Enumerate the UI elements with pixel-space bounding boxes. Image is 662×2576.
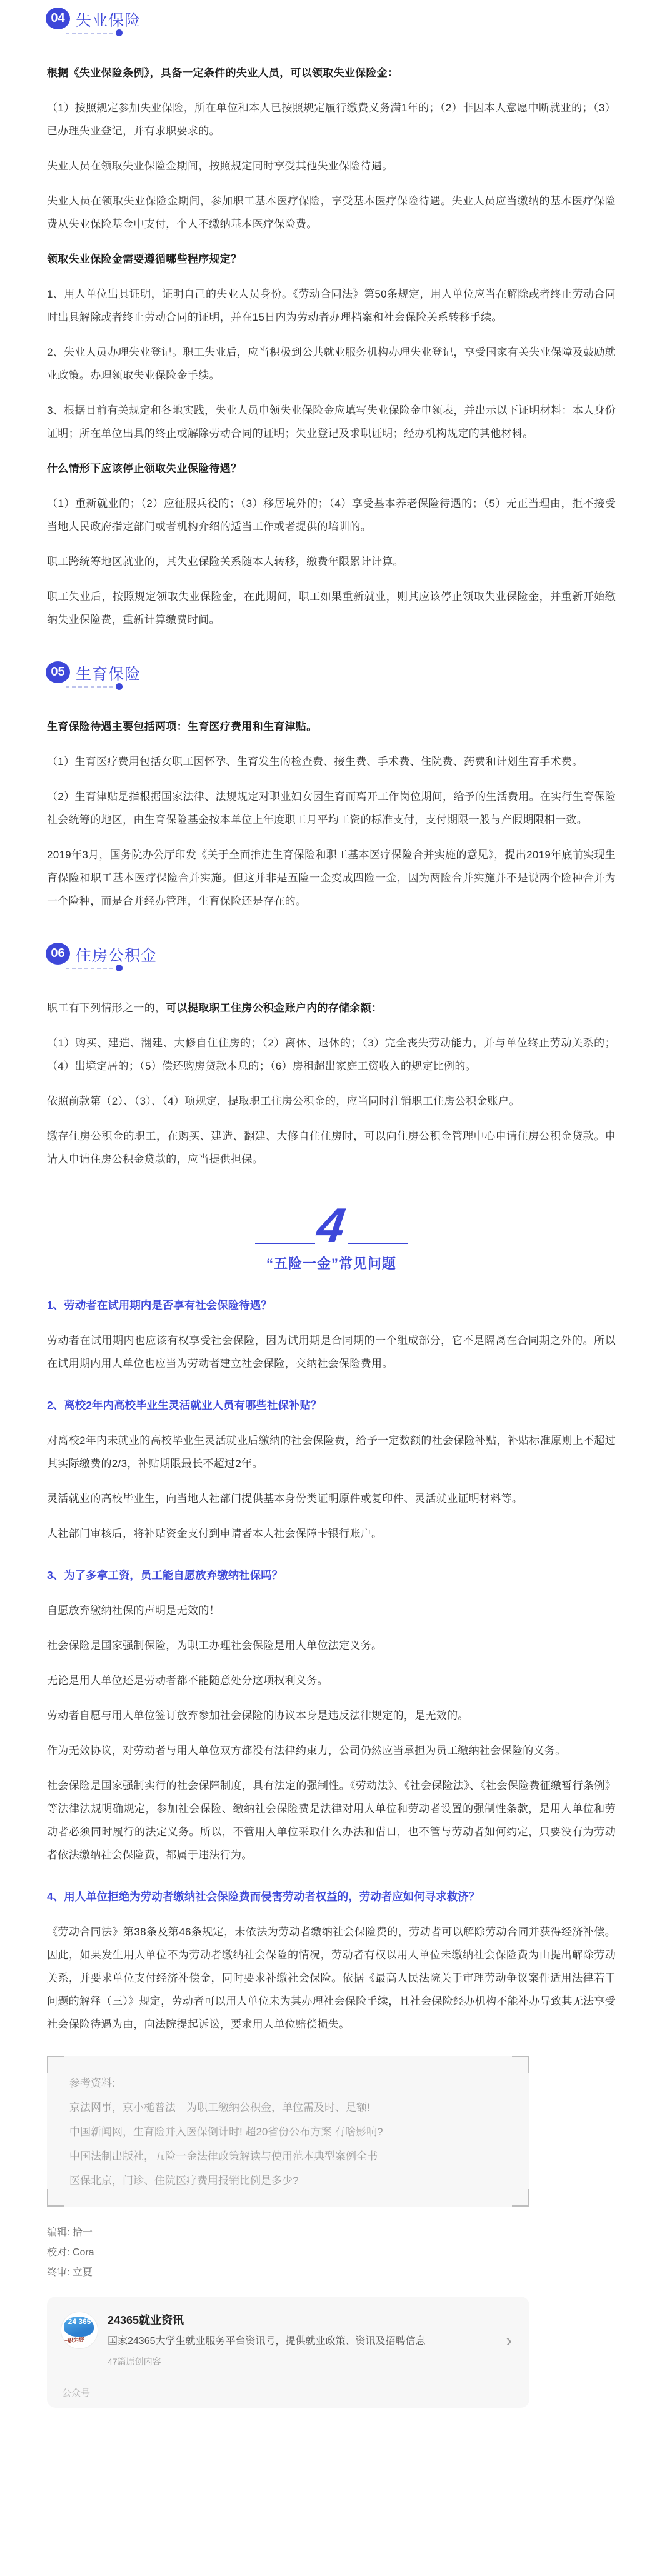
paragraph: 依照前款第（2）、（3）、（4）项规定，提取职工住房公积金的，应当同时注销职工住…: [47, 1090, 616, 1113]
faq-answer: 自愿放弃缴纳社保的声明是无效的！: [47, 1599, 616, 1622]
faq-answer: 人社部门审核后，将补贴资金支付到申请者本人社会保障卡银行账户。: [47, 1522, 616, 1545]
faq-question-4: 4、用人单位拒绝为劳动者缴纳社会保险费而侵害劳动者权益的，劳动者应如何寻求救济？: [47, 1885, 616, 1908]
faq-answer: 作为无效协议，对劳动者与用人单位双方都没有法律约束力，公司仍然应当承担为员工缴纳…: [47, 1739, 616, 1762]
paragraph: 1、用人单位出具证明，证明自己的失业人员身份。《劳动合同法》第50条规定，用人单…: [47, 283, 616, 329]
faq-question-3: 3、为了多拿工资，员工能自愿放弃缴纳社保吗？: [47, 1564, 616, 1587]
paragraph: 2019年3月，国务院办公厅印发《关于全面推进生育保险和职工基本医疗保险合并实施…: [47, 843, 616, 913]
ornament-line-right: [348, 1243, 408, 1244]
paragraph: （2）生育津贴是指根据国家法律、法规规定对职业妇女因生育而离开工作岗位期间，给予…: [47, 785, 616, 831]
dot-icon: [116, 683, 123, 690]
reference-box: 参考资料: 京法网事，京小槌普法｜为职工缴纳公积金，单位需及时、足额! 中国新闻…: [47, 2056, 529, 2207]
dot-icon: [116, 965, 123, 971]
paragraph: （1）重新就业的；（2）应征服兵役的；（3）移居境外的；（4）享受基本养老保险待…: [47, 492, 616, 538]
part-number: 4: [314, 1203, 348, 1247]
account-card-texts: 24365就业资讯 国家24365大学生就业服务平台资讯号，提供就业政策、资讯及…: [108, 2312, 426, 2368]
sub-question-heading: 领取失业保险金需要遵循哪些程序规定？: [47, 248, 616, 271]
faq-question-2: 2、离校2年内高校毕业生灵活就业人员有哪些社保补贴？: [47, 1394, 616, 1417]
faq-answer: 社会保险是国家强制保险，为职工办理社会保险是用人单位法定义务。: [47, 1634, 616, 1657]
paragraph: 失业人员在领取失业保险金期间，按照规定同时享受其他失业保险待遇。: [47, 154, 616, 178]
logo-text: 24 365: [61, 2317, 98, 2326]
section-number-badge: 05: [46, 661, 70, 683]
section-title: 失业保险: [76, 8, 141, 31]
section-header-unemployment-insurance: 04 失业保险: [47, 8, 616, 45]
dot-icon: [116, 29, 123, 36]
account-card-head: 24 365 一职为你 24365就业资讯 国家24365大学生就业服务平台资讯…: [61, 2312, 514, 2368]
corner-bracket-bottom-right: [512, 2189, 529, 2207]
faq-answer: 社会保险是国家强制实行的社会保障制度，具有法定的强制性。《劳动法》、《社会保险法…: [47, 1774, 616, 1867]
corner-bracket-top-left: [47, 2056, 64, 2073]
section-title: 住房公积金: [76, 943, 157, 966]
section-header-housing-fund: 06 住房公积金: [47, 943, 616, 980]
chevron-right-icon[interactable]: ›: [506, 2332, 512, 2350]
reference-item: 中国新闻网，生育险并入医保倒计时! 超20省份公布方案 有啥影响?: [69, 2120, 507, 2144]
faq-answer: 劳动者在试用期内也应该有权享受社会保险，因为试用期是合同期的一个组成部分，它不是…: [47, 1329, 616, 1375]
account-avatar: 24 365 一职为你: [61, 2312, 98, 2349]
credit-reviewer: 终审: 立夏: [47, 2263, 616, 2283]
sub-question-heading: 什么情形下应该停止领取失业保险待遇？: [47, 457, 616, 480]
paragraph: （1）按照规定参加失业保险，所在单位和本人已按照规定履行缴费义务满1年的；（2）…: [47, 96, 616, 143]
credits: 编辑: 拾一 校对: Cora 终审: 立夏: [47, 2223, 616, 2283]
account-type-label: 公众号: [61, 2378, 514, 2408]
corner-bracket-top-right: [512, 2056, 529, 2073]
paragraph: 2、失业人员办理失业登记。职工失业后，应当积极到公共就业服务机构办理失业登记，享…: [47, 341, 616, 387]
paragraph: 职工跨统筹地区就业的，其失业保险关系随本人转移，缴费年限累计计算。: [47, 550, 616, 573]
ornament-line-left: [255, 1243, 315, 1244]
reference-item: 医保北京，门诊、住院医疗费用报销比例是多少?: [69, 2168, 507, 2193]
faq-question-1: 1、劳动者在试用期内是否享有社会保险待遇？: [47, 1294, 616, 1317]
reference-item: 京法网事，京小槌普法｜为职工缴纳公积金，单位需及时、足额!: [69, 2095, 507, 2120]
paragraph: 3、根据目前有关规定和各地实践，失业人员申领失业保险金应填写失业保险金申领表，并…: [47, 399, 616, 445]
faq-answer: 对离校2年内未就业的高校毕业生灵活就业后缴纳的社会保险费，给予一定数额的社会保险…: [47, 1429, 616, 1475]
section-title: 生育保险: [76, 662, 141, 684]
reference-label: 参考资料:: [69, 2071, 507, 2095]
paragraph: （1）生育医疗费用包括女职工因怀孕、生育发生的检查费、接生费、手术费、住院费、药…: [47, 750, 616, 773]
part-number-ornament: 4: [47, 1203, 616, 1247]
dashed-underline: [66, 33, 113, 34]
credit-proofreader: 校对: Cora: [47, 2243, 616, 2263]
paragraph: （1）购买、建造、翻建、大修自住住房的；（2）离休、退休的；（3）完全丧失劳动能…: [47, 1031, 616, 1078]
reference-item: 中国法制出版社，五险一金法律政策解读与使用范本典型案例全书: [69, 2144, 507, 2168]
paragraph: 失业人员在领取失业保险金期间，参加职工基本医疗保险，享受基本医疗保险待遇。失业人…: [47, 189, 616, 236]
section-number-badge: 04: [46, 8, 70, 29]
credit-editor: 编辑: 拾一: [47, 2223, 616, 2243]
paragraph: 缴存住房公积金的职工，在购买、建造、翻建、大修自住住房时，可以向住房公积金管理中…: [47, 1125, 616, 1171]
section-header-maternity-insurance: 05 生育保险: [47, 661, 616, 699]
paragraph-lead: 根据《失业保险条例》，具备一定条件的失业人员，可以领取失业保险金：: [47, 61, 616, 84]
dashed-underline: [66, 968, 113, 969]
official-account-card[interactable]: 24 365 一职为你 24365就业资讯 国家24365大学生就业服务平台资讯…: [47, 2297, 529, 2408]
section-number-badge: 06: [46, 943, 70, 965]
faq-answer: 《劳动合同法》第38条及第46条规定，未依法为劳动者缴纳社会保险费的，劳动者可以…: [47, 1920, 616, 2036]
paragraph: 职工失业后，按照规定领取失业保险金，在此期间，职工如果重新就业，则其应该停止领取…: [47, 585, 616, 631]
logo-ribbon-text: 一职为你: [61, 2335, 84, 2345]
account-name: 24365就业资讯: [108, 2313, 426, 2328]
faq-answer: 无论是用人单位还是劳动者都不能随意处分这项权利义务。: [47, 1669, 616, 1692]
paragraph-mixed: 职工有下列情形之一的，可以提取职工住房公积金账户内的存储余额：: [47, 996, 616, 1020]
account-original-count: 47篇原创内容: [108, 2355, 426, 2368]
part-heading: “五险一金”常见问题: [47, 1253, 616, 1273]
paragraph-lead: 生育保险待遇主要包括两项：生育医疗费用和生育津贴。: [47, 715, 616, 738]
faq-answer: 灵活就业的高校毕业生，向当地人社部门提供基本身份类证明原件或复印件、灵活就业证明…: [47, 1487, 616, 1510]
dashed-underline: [66, 686, 113, 688]
corner-bracket-bottom-left: [47, 2189, 64, 2207]
faq-answer: 劳动者自愿与用人单位签订放弃参加社会保险的协议本身是违反法律规定的，是无效的。: [47, 1704, 616, 1727]
account-description: 国家24365大学生就业服务平台资讯号，提供就业政策、资讯及招聘信息: [108, 2334, 426, 2349]
article-body: 04 失业保险 根据《失业保险条例》，具备一定条件的失业人员，可以领取失业保险金…: [0, 0, 662, 2408]
intro-regular-text: 职工有下列情形之一的，: [47, 1002, 166, 1014]
intro-bold-text: 可以提取职工住房公积金账户内的存储余额：: [166, 1002, 382, 1014]
